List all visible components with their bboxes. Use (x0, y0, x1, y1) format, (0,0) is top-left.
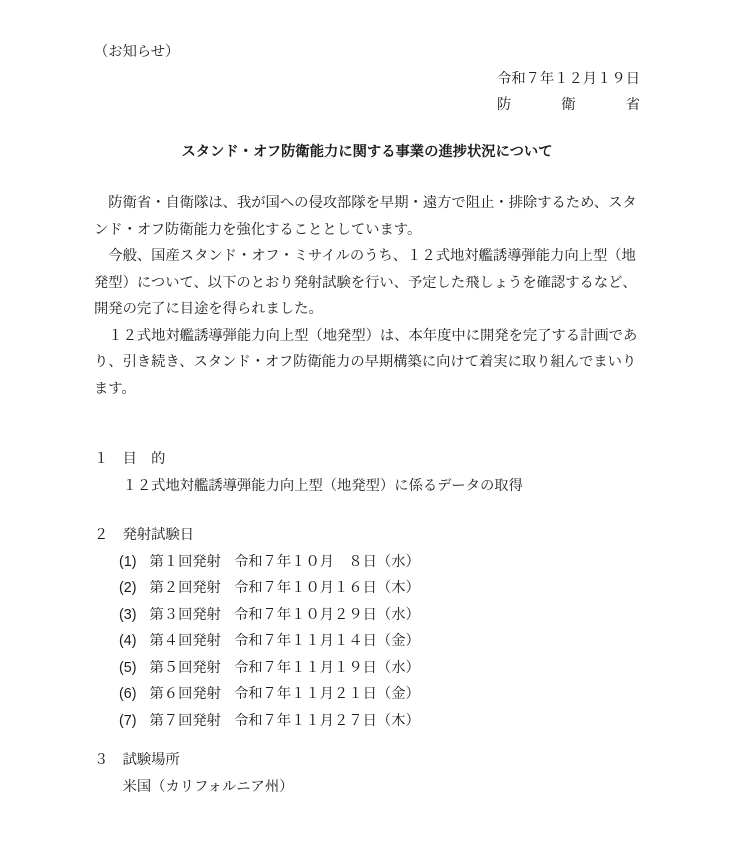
launch-item-date: 令和７年１１月１４日（金） (234, 628, 420, 655)
launch-item-name: 第７回発射 (149, 708, 220, 735)
launch-item: (1) 第１回発射 令和７年１０月 ８日（水） (119, 549, 640, 576)
launch-item-date: 令和７年１１月２７日（木） (234, 708, 420, 735)
section-test-location: ３ 試験場所 米国（カリフォルニア州） (94, 747, 640, 800)
section-heading: １ 目 的 (94, 446, 640, 473)
section-content: 米国（カリフォルニア州） (123, 774, 640, 801)
section-heading: ２ 発射試験日 (94, 522, 640, 549)
document-title: スタンド・オフ防衛能力に関する事業の進捗状況について (94, 139, 640, 166)
body-line: 今般、国産スタンド・オフ・ミサイルのうち、１２式地対艦誘導弾能力向上型（地 (94, 243, 640, 270)
ministry-char: 省 (626, 92, 640, 119)
body-line: 防衛省・自衛隊は、我が国への侵攻部隊を早期・遠方で阻止・排除するため、スタ (94, 190, 640, 217)
launch-item: (4) 第４回発射 令和７年１１月１４日（金） (119, 628, 640, 655)
body-text: 防衛省・自衛隊は、我が国への侵攻部隊を早期・遠方で阻止・排除するため、スタ ンド… (94, 190, 640, 402)
section-heading: ３ 試験場所 (94, 747, 640, 774)
launch-item-name: 第４回発射 (149, 628, 220, 655)
section-content: １２式地対艦誘導弾能力向上型（地発型）に係るデータの取得 (123, 473, 640, 500)
launch-item-name: 第１回発射 (149, 549, 220, 576)
date-line: 令和７年１２月１９日 (94, 66, 640, 93)
launch-item-date: 令和７年１０月１６日（木） (234, 575, 420, 602)
ministry-char: 防 (497, 92, 511, 119)
launch-item-date: 令和７年１１月１９日（水） (234, 655, 420, 682)
section-purpose: １ 目 的 １２式地対艦誘導弾能力向上型（地発型）に係るデータの取得 (94, 446, 640, 499)
launch-item: (5) 第５回発射 令和７年１１月１９日（水） (119, 655, 640, 682)
launch-item-label: (2) (119, 575, 136, 602)
launch-item-name: 第６回発射 (149, 681, 220, 708)
launch-item-name: 第３回発射 (149, 602, 220, 629)
launch-item-date: 令和７年１０月 ８日（水） (234, 549, 420, 576)
launch-item-label: (6) (119, 681, 136, 708)
launch-item-name: 第２回発射 (149, 575, 220, 602)
launch-item: (7) 第７回発射 令和７年１１月２７日（木） (119, 708, 640, 735)
launch-item: (2) 第２回発射 令和７年１０月１６日（木） (119, 575, 640, 602)
body-line: ます。 (94, 376, 640, 403)
body-line: 発型）について、以下のとおり発射試験を行い、予定した飛しょうを確認するなど、 (94, 270, 640, 297)
launch-item: (3) 第３回発射 令和７年１０月２９日（水） (119, 602, 640, 629)
launch-item: (6) 第６回発射 令和７年１１月２１日（金） (119, 681, 640, 708)
launch-item-label: (1) (119, 549, 136, 576)
launch-list: (1) 第１回発射 令和７年１０月 ８日（水） (2) 第２回発射 令和７年１０… (94, 549, 640, 735)
body-line: １２式地対艦誘導弾能力向上型（地発型）は、本年度中に開発を完了する計画であ (94, 323, 640, 350)
launch-item-label: (4) (119, 628, 136, 655)
body-line: り、引き続き、スタンド・オフ防衛能力の早期構築に向けて着実に取り組んでまいり (94, 349, 640, 376)
body-line: 開発の完了に目途を得られました。 (94, 296, 640, 323)
launch-item-name: 第５回発射 (149, 655, 220, 682)
notice-label: （お知らせ） (94, 39, 640, 66)
document-date: 令和７年１２月１９日 (497, 71, 640, 87)
body-line: ンド・オフ防衛能力を強化することとしています。 (94, 217, 640, 244)
ministry-char: 衛 (561, 92, 575, 119)
launch-item-date: 令和７年１０月２９日（水） (234, 602, 420, 629)
launch-item-label: (5) (119, 655, 136, 682)
ministry-name: 防 衛 省 (497, 92, 640, 119)
document-content: （お知らせ） 令和７年１２月１９日 防 衛 省 スタンド・オフ防衛能力に関する事… (0, 0, 748, 800)
launch-item-label: (3) (119, 602, 136, 629)
launch-item-label: (7) (119, 708, 136, 735)
section-launch-dates: ２ 発射試験日 (1) 第１回発射 令和７年１０月 ８日（水） (2) 第２回発… (94, 522, 640, 734)
launch-item-date: 令和７年１１月２１日（金） (234, 681, 420, 708)
document-page: （お知らせ） 令和７年１２月１９日 防 衛 省 スタンド・オフ防衛能力に関する事… (0, 0, 748, 844)
ministry-line: 防 衛 省 (94, 92, 640, 119)
